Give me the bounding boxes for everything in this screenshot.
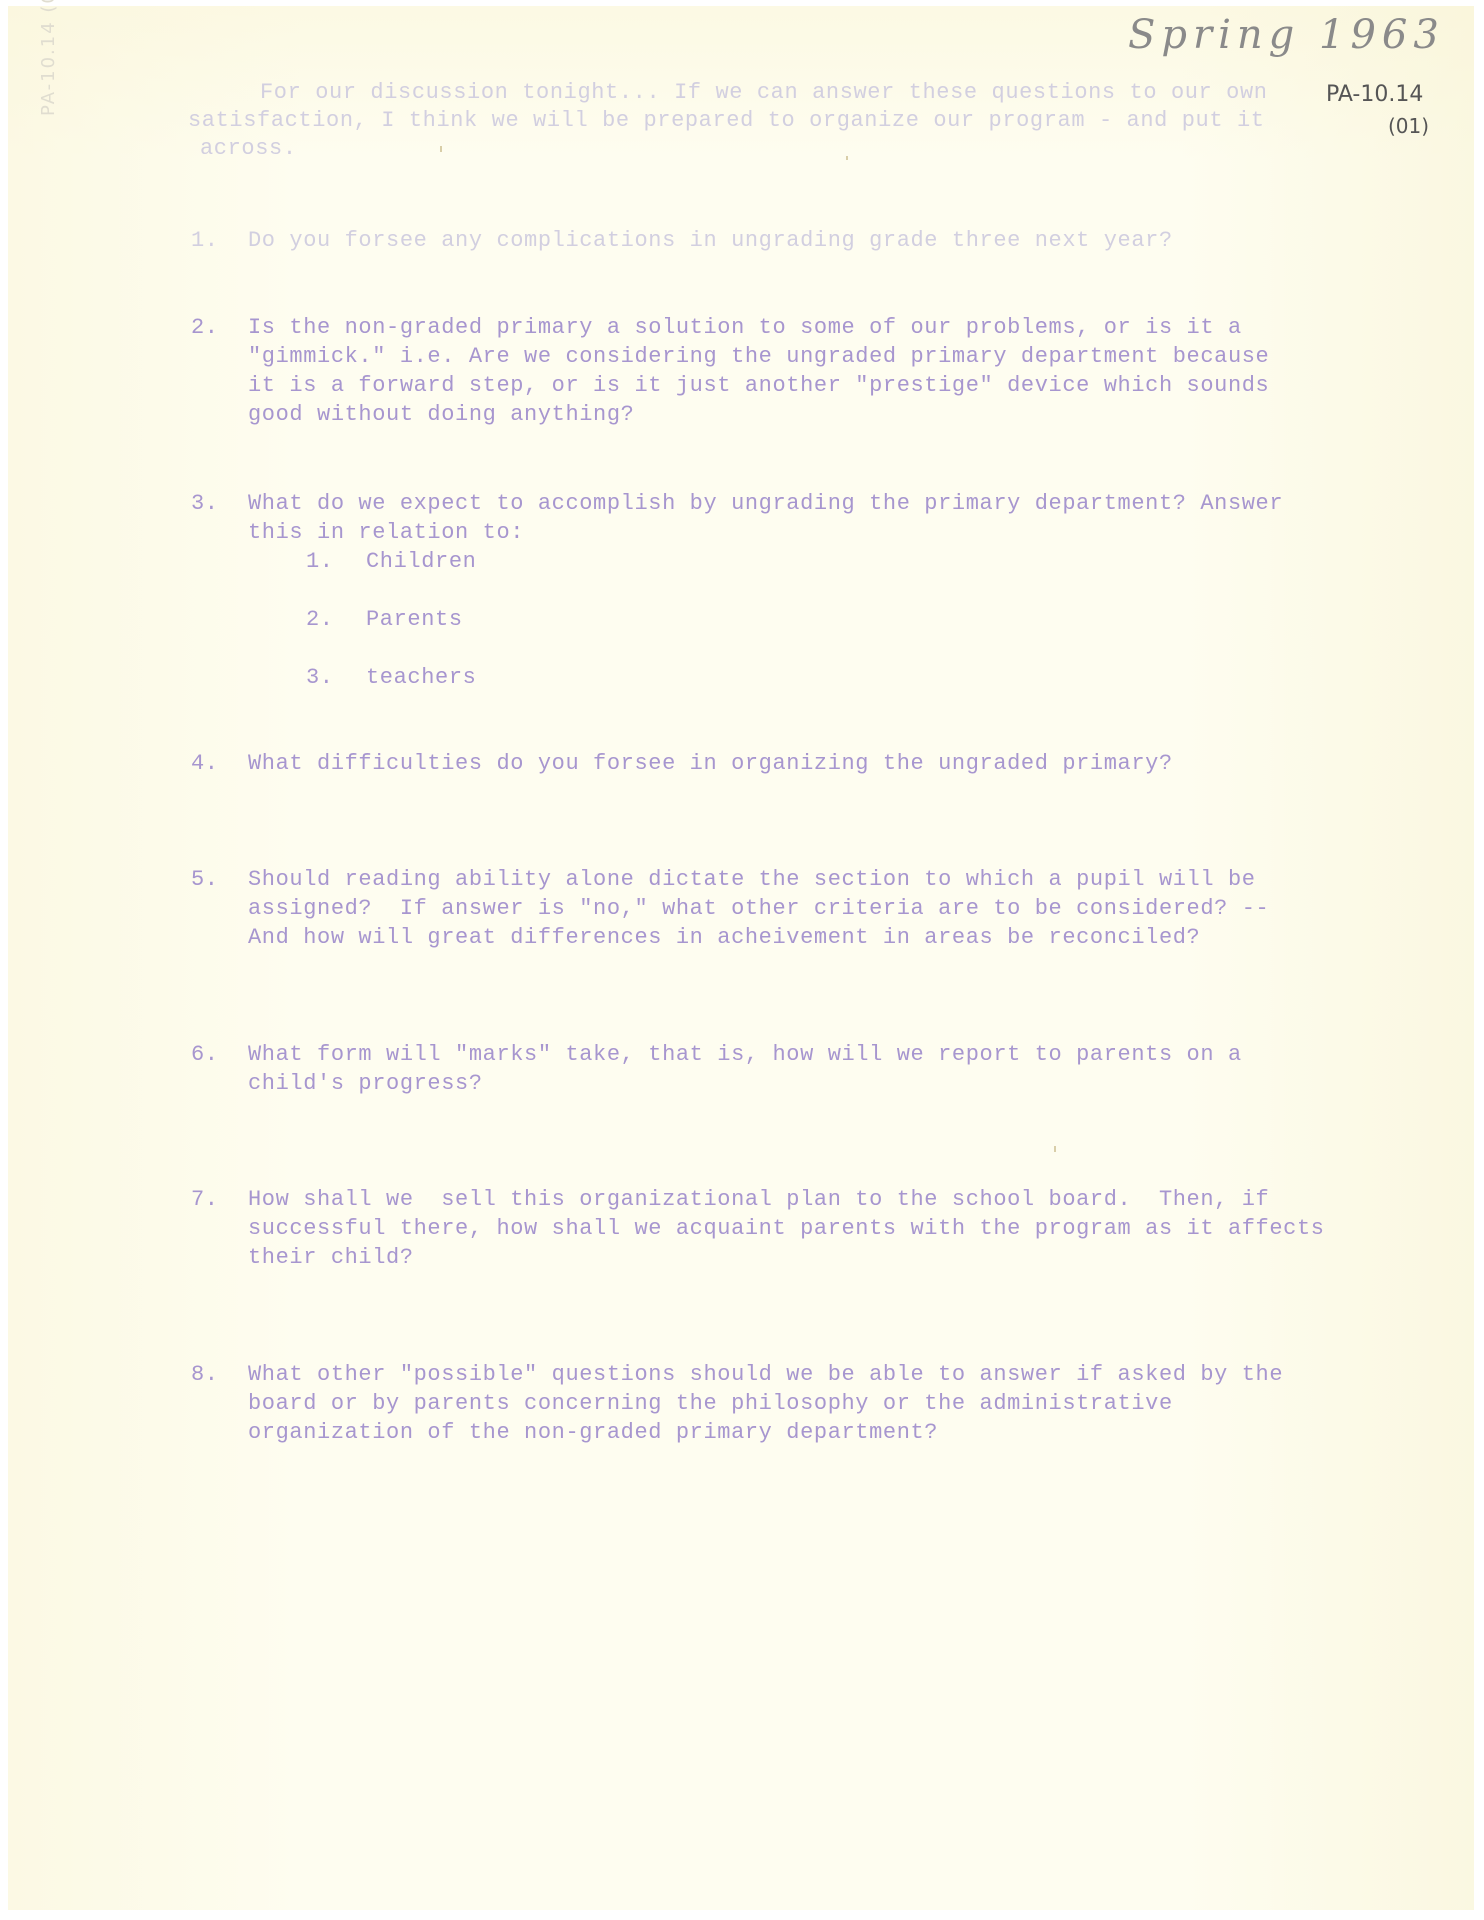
question-number: 1. [191,226,219,255]
handwritten-date: Spring 1963 [1128,12,1445,58]
question-line: Do you forsee any complications in ungra… [248,226,1173,255]
question-line: And how will great differences in acheiv… [248,923,1200,952]
document-page: PA-10.14 (01) Spring 1963 PA-10.14 (01) … [8,6,1474,1910]
sub-item-label: Children [366,547,476,576]
question-line: What form will "marks" take, that is, ho… [248,1040,1242,1069]
question-line: What do we expect to accomplish by ungra… [248,489,1283,518]
paper-speck [846,156,848,160]
question-line: good without doing anything? [248,400,634,429]
question-number: 7. [191,1185,219,1214]
question-number: 5. [191,865,219,894]
intro-line: across. [200,134,297,163]
sub-item-number: 2. [306,605,334,634]
question-line: What difficulties do you forsee in organ… [248,749,1173,778]
question-line: assigned? If answer is "no," what other … [248,894,1269,923]
margin-note: PA-10.14 (01) [38,0,59,116]
paper-speck [440,146,442,152]
question-number: 2. [191,313,219,342]
question-line: board or by parents concerning the philo… [248,1389,1173,1418]
question-line: this in relation to: [248,518,524,547]
sub-item-label: teachers [366,663,476,692]
question-line: their child? [248,1243,414,1272]
question-line: Is the non-graded primary a solution to … [248,313,1242,342]
question-number: 6. [191,1040,219,1069]
handwritten-catalog-sub: (01) [1388,114,1429,138]
intro-line: For our discussion tonight... If we can … [260,78,1268,107]
question-line: successful there, how shall we acquaint … [248,1214,1325,1243]
question-number: 8. [191,1360,219,1389]
question-line: What other "possible" questions should w… [248,1360,1283,1389]
question-number: 3. [191,489,219,518]
question-number: 4. [191,749,219,778]
question-line: it is a forward step, or is it just anot… [248,371,1269,400]
question-line: organization of the non-graded primary d… [248,1418,938,1447]
question-line: How shall we sell this organizational pl… [248,1185,1269,1214]
sub-item-number: 1. [306,547,334,576]
intro-line: satisfaction, I think we will be prepare… [188,106,1265,135]
question-line: Should reading ability alone dictate the… [248,865,1256,894]
sub-item-number: 3. [306,663,334,692]
question-line: "gimmick." i.e. Are we considering the u… [248,342,1269,371]
handwritten-catalog-number: PA-10.14 [1326,82,1423,107]
sub-item-label: Parents [366,605,463,634]
question-line: child's progress? [248,1069,483,1098]
paper-speck [1054,1146,1056,1152]
